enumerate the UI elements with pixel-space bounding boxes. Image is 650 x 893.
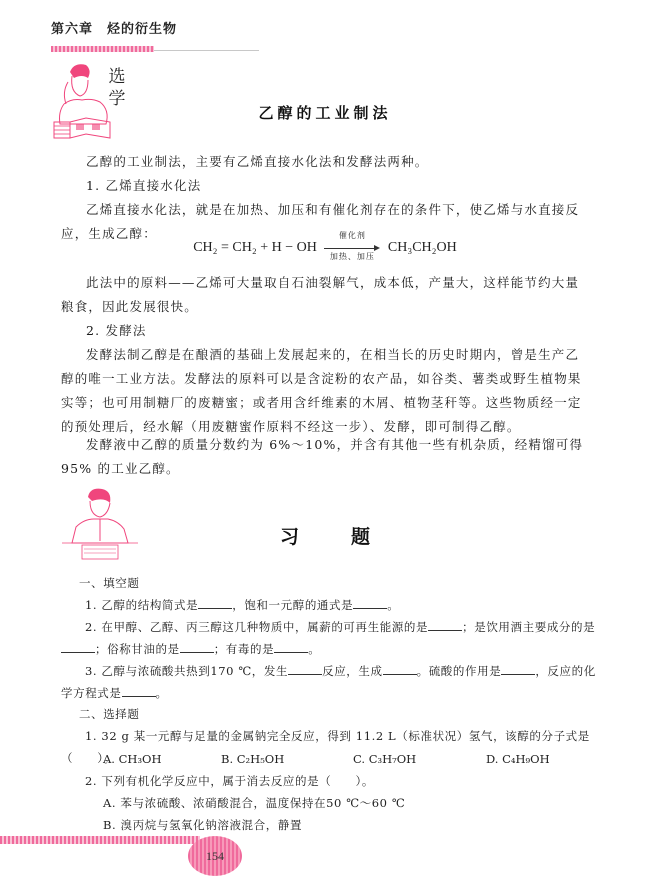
header-stripe: [51, 46, 154, 52]
equation-product: CH₃CH₂OH: [388, 240, 457, 255]
page-number-badge: 154: [188, 836, 242, 876]
conditions-label: 加热、加压: [324, 251, 380, 262]
option-d[interactable]: D. C₄H₉OH: [486, 752, 550, 766]
method1-heading: 1. 乙烯直接水化法: [86, 174, 616, 198]
answer-blank[interactable]: [122, 684, 156, 697]
chapter-title: 烃的衍生物: [107, 22, 177, 37]
chapter-number: 第六章: [51, 22, 93, 37]
fill-question-1: 1. 乙醇的结构简式是，饱和一元醇的通式是。: [61, 594, 601, 616]
fill-question-3: 3. 乙醇与浓硫酸共热到170 ℃，发生反应，生成。硫酸的作用是，反应的化学方程…: [61, 660, 601, 704]
intro-paragraph: 乙醇的工业制法，主要有乙烯直接水化法和发酵法两种。: [61, 150, 591, 174]
reaction-arrow: 催化剂 加热、加压: [324, 241, 380, 255]
method1-note: 此法中的原料——乙烯可大量取自石油裂解气，成本低，产量大，这样能节约大量粮食，因…: [61, 271, 591, 319]
option-a[interactable]: A. CH₃OH: [103, 752, 162, 766]
answer-blank[interactable]: [428, 618, 462, 631]
fill-section-heading: 一、填空题: [79, 572, 619, 594]
elective-label-char: 选: [108, 66, 126, 88]
answer-blank[interactable]: [353, 596, 387, 609]
choice-question-2: 2. 下列有机化学反应中，属于消去反应的是（ ）。: [85, 770, 625, 792]
chapter-header: 第六章烃的衍生物: [51, 18, 177, 37]
method2-paragraph: 发酵法制乙醇是在酿酒的基础上发展起来的，在相当长的历史时期内，曾是生产乙醇的唯一…: [61, 343, 591, 439]
exercises-title: 习题: [0, 522, 650, 549]
header-rule: [154, 50, 259, 51]
choice-2-option-a[interactable]: A. 苯与浓硫酸、浓硝酸混合，温度保持在50 ℃～60 ℃: [103, 792, 643, 814]
catalyst-label: 催化剂: [324, 230, 380, 241]
option-b[interactable]: B. C₂H₅OH: [221, 752, 284, 766]
section-title: 乙醇的工业制法: [0, 102, 650, 123]
answer-blank[interactable]: [501, 662, 535, 675]
choice-section-heading: 二、选择题: [79, 703, 619, 725]
answer-blank[interactable]: [198, 596, 232, 609]
option-c[interactable]: C. C₃H₇OH: [353, 752, 416, 766]
answer-blank[interactable]: [61, 640, 95, 653]
page-number: 154: [206, 849, 224, 864]
answer-blank[interactable]: [288, 662, 322, 675]
method2-note: 发酵液中乙醇的质量分数约为 6%～10%，并含有其他一些有机杂质，经精馏可得 9…: [61, 433, 591, 481]
method2-heading: 2. 发酵法: [86, 319, 616, 343]
answer-blank[interactable]: [180, 640, 214, 653]
footer-stripe: [0, 836, 200, 844]
equation-reactants: CH₂ = CH₂ + H − OH: [193, 240, 317, 255]
exercises-title-char: 习: [280, 522, 299, 549]
answer-blank[interactable]: [274, 640, 308, 653]
reaction-equation: CH₂ = CH₂ + H − OH 催化剂 加热、加压 CH₃CH₂OH: [0, 240, 650, 256]
fill-question-2: 2. 在甲醇、乙醇、丙三醇这几种物质中，属薪的可再生能源的是；是饮用酒主要成分的…: [61, 616, 601, 660]
answer-blank[interactable]: [383, 662, 417, 675]
exercises-title-char: 题: [351, 522, 370, 549]
choice-2-option-b[interactable]: B. 溴丙烷与氢氧化钠溶液混合，静置: [103, 814, 643, 836]
